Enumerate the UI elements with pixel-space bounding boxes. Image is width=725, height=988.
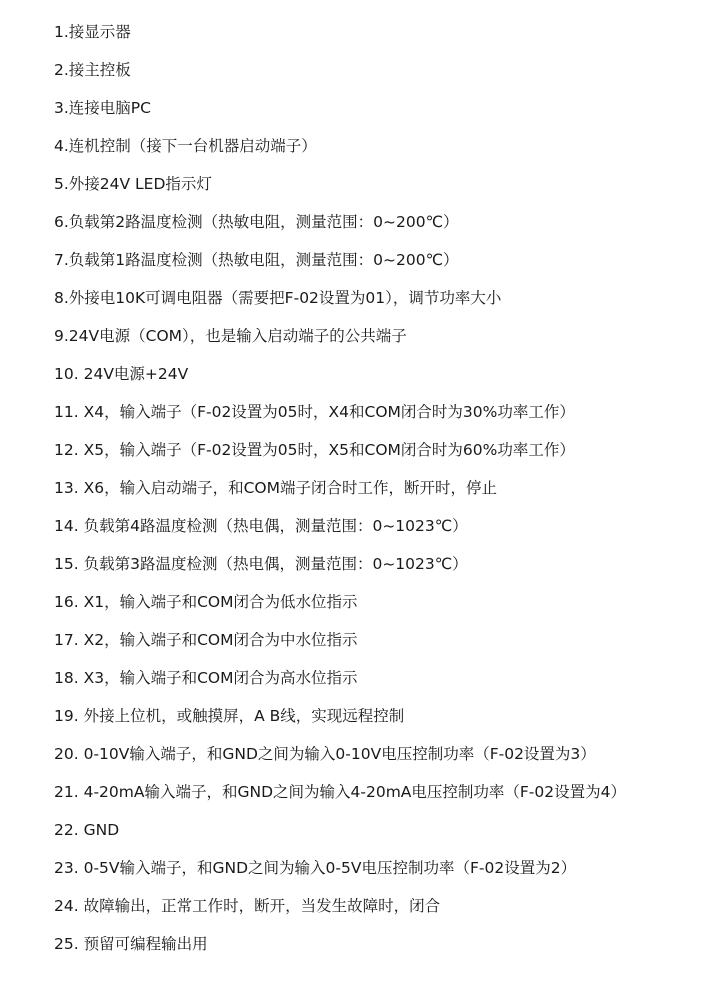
item-text: 外接上位机，或触摸屏，A B线，实现远程控制 — [84, 707, 405, 725]
item-text: 预留可编程输出用 — [84, 935, 208, 953]
list-item: 20. 0-10V输入端子，和GND之间为输入0-10V电压控制功率（F-02设… — [54, 741, 626, 779]
item-number: 12. — [54, 441, 79, 459]
item-number: 2. — [54, 61, 69, 79]
item-number: 24. — [54, 897, 79, 915]
item-text: X4，输入端子（F-02设置为05时，X4和COM闭合时为30%功率工作） — [84, 403, 575, 421]
item-number: 17. — [54, 631, 79, 649]
item-text: X6，输入启动端子，和COM端子闭合时工作，断开时，停止 — [84, 479, 497, 497]
item-number: 1. — [54, 23, 69, 41]
item-text: 连接电脑PC — [69, 99, 151, 117]
item-number: 23. — [54, 859, 79, 877]
item-number: 8. — [54, 289, 69, 307]
list-item: 18. X3，输入端子和COM闭合为高水位指示 — [54, 665, 626, 703]
list-item: 10. 24V电源+24V — [54, 361, 626, 399]
item-number: 9. — [54, 327, 69, 345]
item-text: X1，输入端子和COM闭合为低水位指示 — [84, 593, 358, 611]
item-number: 11. — [54, 403, 79, 421]
list-item: 17. X2，输入端子和COM闭合为中水位指示 — [54, 627, 626, 665]
list-item: 8.外接电10K可调电阻器（需要把F-02设置为01），调节功率大小 — [54, 285, 626, 323]
item-text: 0-10V输入端子，和GND之间为输入0-10V电压控制功率（F-02设置为3） — [84, 745, 596, 763]
list-item: 3.连接电脑PC — [54, 95, 626, 133]
item-number: 10. — [54, 365, 79, 383]
item-text: X5，输入端子（F-02设置为05时，X5和COM闭合时为60%功率工作） — [84, 441, 575, 459]
list-item: 19. 外接上位机，或触摸屏，A B线，实现远程控制 — [54, 703, 626, 741]
item-number: 7. — [54, 251, 69, 269]
item-number: 19. — [54, 707, 79, 725]
item-text: 负载第3路温度检测（热电偶，测量范围：0~1023℃） — [84, 555, 468, 573]
item-text: 接主控板 — [69, 61, 131, 79]
item-text: X2，输入端子和COM闭合为中水位指示 — [84, 631, 358, 649]
item-number: 18. — [54, 669, 79, 687]
item-text: 负载第2路温度检测（热敏电阻，测量范围：0~200℃） — [69, 213, 459, 231]
item-number: 3. — [54, 99, 69, 117]
list-item: 1.接显示器 — [54, 19, 626, 57]
list-item: 24. 故障输出，正常工作时，断开，当发生故障时，闭合 — [54, 893, 626, 931]
list-item: 5.外接24V LED指示灯 — [54, 171, 626, 209]
item-text: X3，输入端子和COM闭合为高水位指示 — [84, 669, 358, 687]
list-item: 11. X4，输入端子（F-02设置为05时，X4和COM闭合时为30%功率工作… — [54, 399, 626, 437]
list-item: 6.负载第2路温度检测（热敏电阻，测量范围：0~200℃） — [54, 209, 626, 247]
item-number: 5. — [54, 175, 69, 193]
list-item: 9.24V电源（COM），也是输入启动端子的公共端子 — [54, 323, 626, 361]
item-text: 接显示器 — [69, 23, 131, 41]
item-text: 24V电源+24V — [84, 365, 189, 383]
item-text: 连机控制（接下一台机器启动端子） — [69, 137, 317, 155]
list-item: 12. X5，输入端子（F-02设置为05时，X5和COM闭合时为60%功率工作… — [54, 437, 626, 475]
item-text: 0-5V输入端子，和GND之间为输入0-5V电压控制功率（F-02设置为2） — [84, 859, 576, 877]
item-number: 16. — [54, 593, 79, 611]
list-item: 25. 预留可编程输出用 — [54, 931, 626, 969]
list-item: 21. 4-20mA输入端子，和GND之间为输入4-20mA电压控制功率（F-0… — [54, 779, 626, 817]
item-number: 22. — [54, 821, 79, 839]
list-item: 7.负载第1路温度检测（热敏电阻，测量范围：0~200℃） — [54, 247, 626, 285]
item-number: 14. — [54, 517, 79, 535]
item-number: 13. — [54, 479, 79, 497]
item-text: 24V电源（COM），也是输入启动端子的公共端子 — [69, 327, 407, 345]
list-item: 15. 负载第3路温度检测（热电偶，测量范围：0~1023℃） — [54, 551, 626, 589]
list-item: 16. X1，输入端子和COM闭合为低水位指示 — [54, 589, 626, 627]
item-text: 负载第1路温度检测（热敏电阻，测量范围：0~200℃） — [69, 251, 459, 269]
item-number: 20. — [54, 745, 79, 763]
item-text: 4-20mA输入端子，和GND之间为输入4-20mA电压控制功率（F-02设置为… — [84, 783, 626, 801]
item-number: 25. — [54, 935, 79, 953]
item-text: GND — [84, 821, 120, 839]
list-item: 2.接主控板 — [54, 57, 626, 95]
item-number: 21. — [54, 783, 79, 801]
list-item: 22. GND — [54, 817, 626, 855]
list-item: 4.连机控制（接下一台机器启动端子） — [54, 133, 626, 171]
item-number: 4. — [54, 137, 69, 155]
item-text: 故障输出，正常工作时，断开，当发生故障时，闭合 — [84, 897, 441, 915]
item-number: 6. — [54, 213, 69, 231]
item-text: 负载第4路温度检测（热电偶，测量范围：0~1023℃） — [84, 517, 468, 535]
terminal-description-list: 1.接显示器 2.接主控板 3.连接电脑PC 4.连机控制（接下一台机器启动端子… — [54, 19, 626, 969]
list-item: 23. 0-5V输入端子，和GND之间为输入0-5V电压控制功率（F-02设置为… — [54, 855, 626, 893]
item-number: 15. — [54, 555, 79, 573]
list-item: 14. 负载第4路温度检测（热电偶，测量范围：0~1023℃） — [54, 513, 626, 551]
item-text: 外接24V LED指示灯 — [69, 175, 212, 193]
item-text: 外接电10K可调电阻器（需要把F-02设置为01），调节功率大小 — [69, 289, 502, 307]
list-item: 13. X6，输入启动端子，和COM端子闭合时工作，断开时，停止 — [54, 475, 626, 513]
